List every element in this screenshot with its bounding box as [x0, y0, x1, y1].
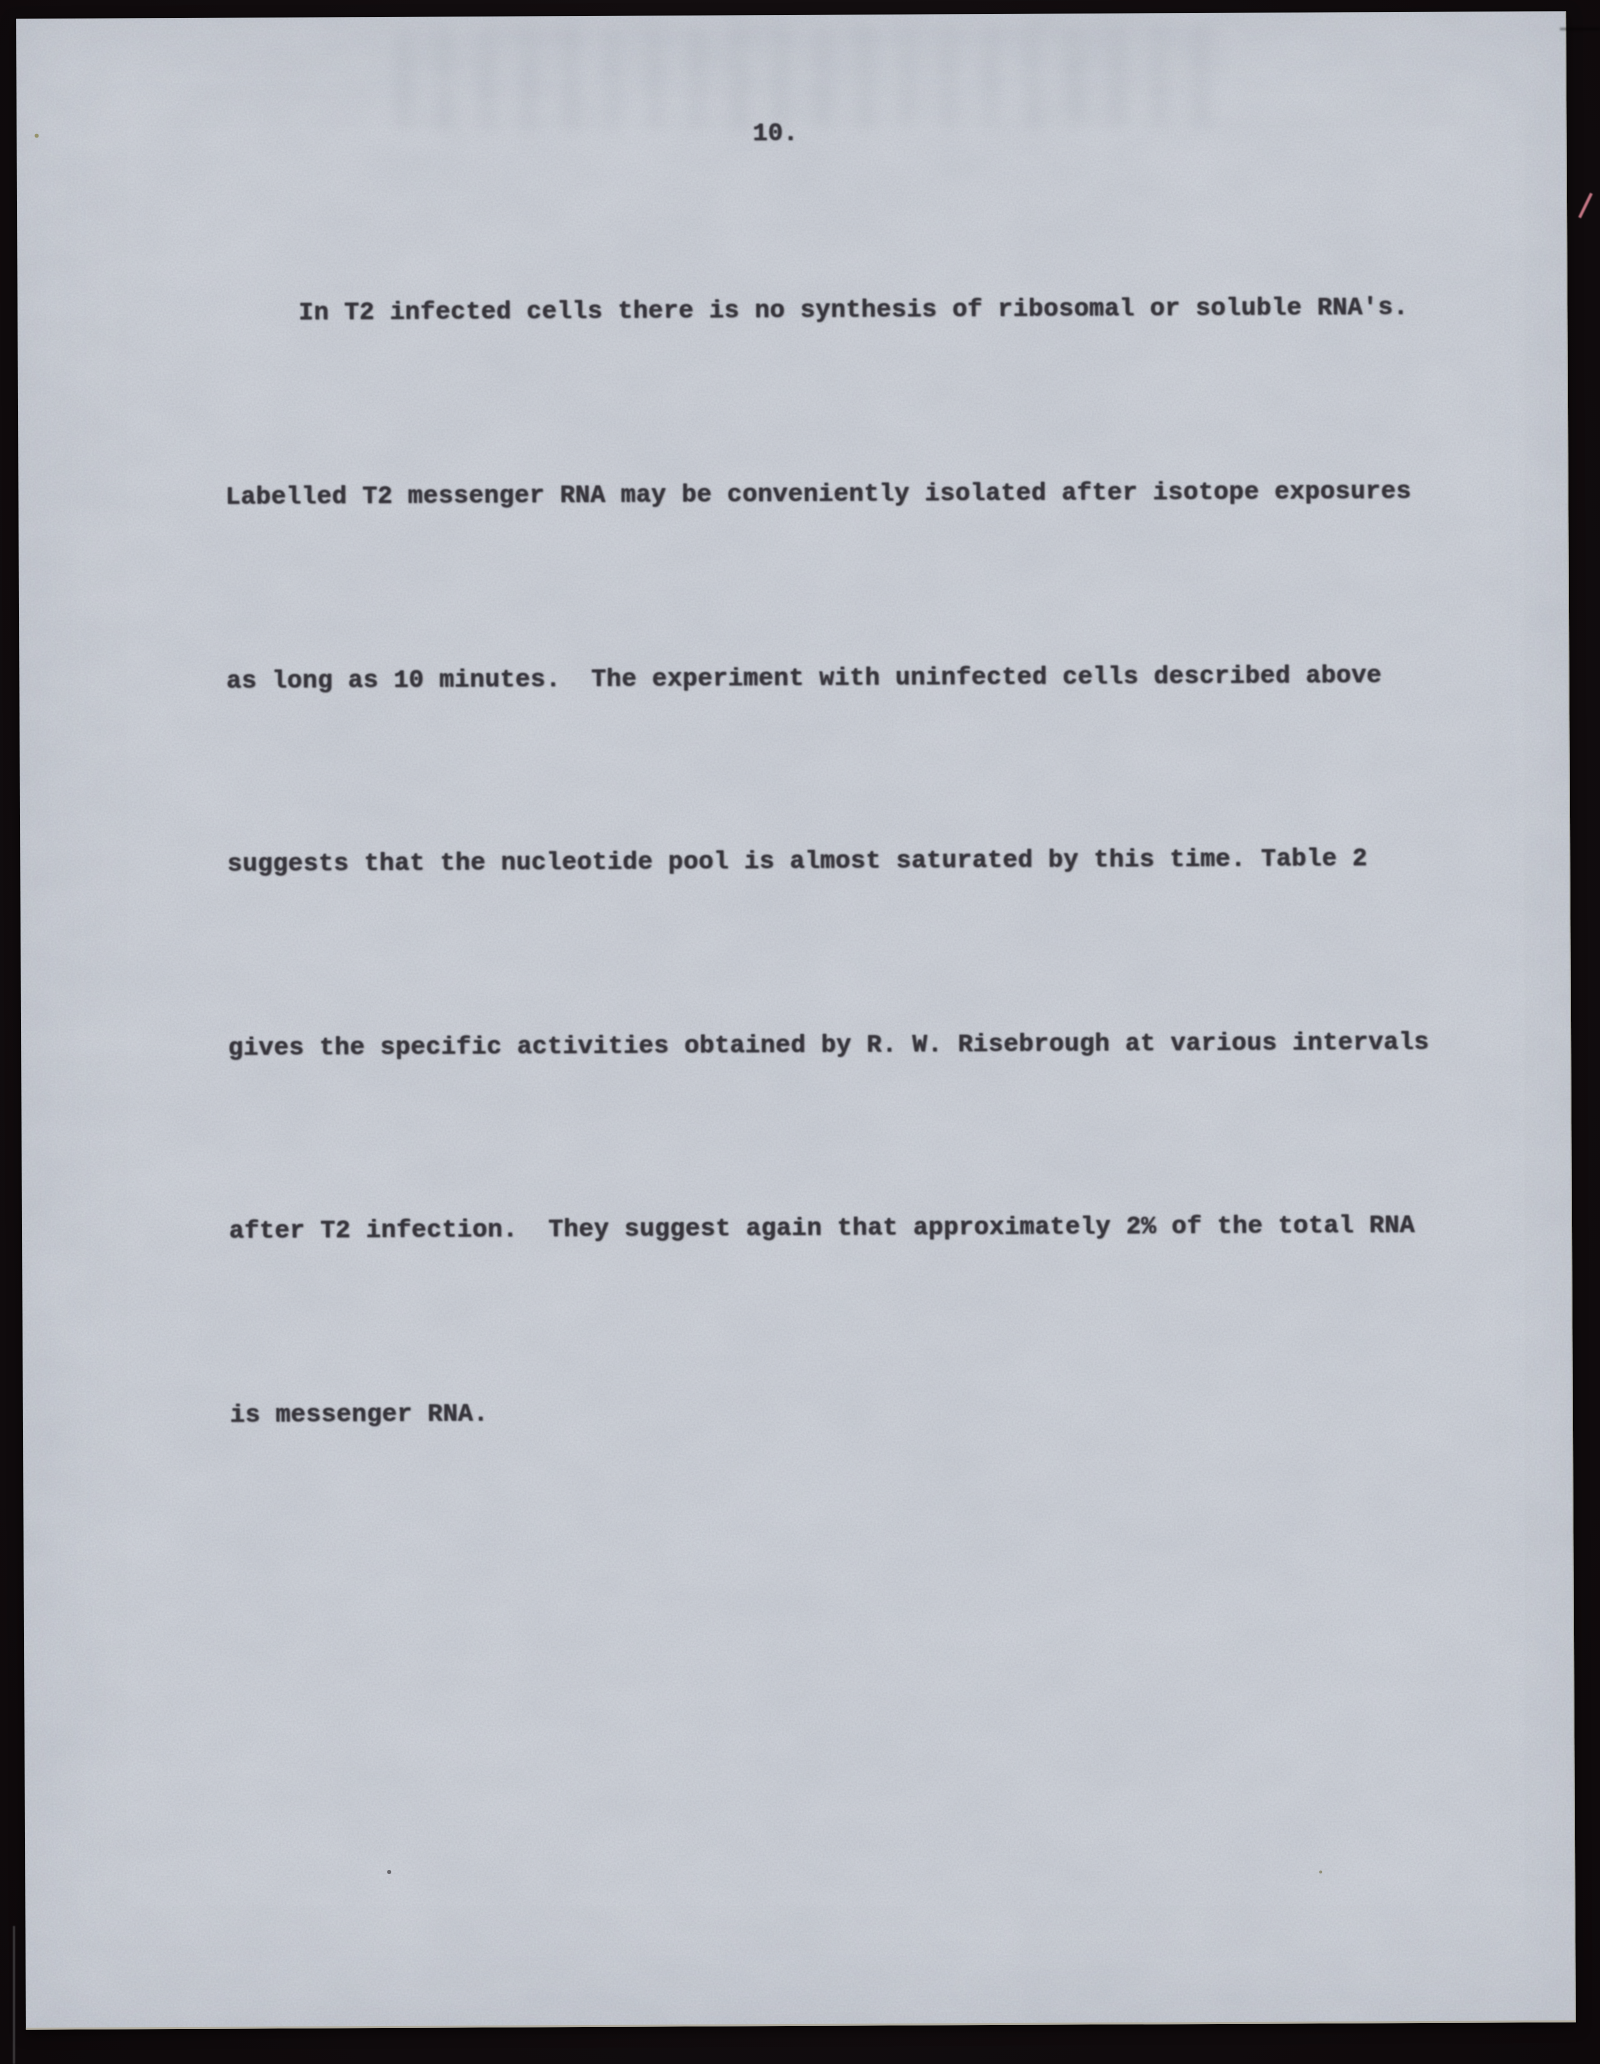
typed-line: Labelled T2 messenger RNA may be conveni… [225, 461, 1426, 528]
typed-line: as long as 10 minutes. The experiment wi… [226, 645, 1427, 712]
typed-line: suggests that the nucleotide pool is alm… [227, 828, 1428, 895]
paper-speck [387, 1870, 391, 1874]
page-number: 10. [753, 119, 799, 148]
bleedthrough-ghost [395, 25, 1225, 131]
document-page: 10. In T2 infected cells there is no syn… [16, 11, 1576, 2030]
body-text: In T2 infected cells there is no synthes… [224, 155, 1432, 1568]
pink-ink-mark [1578, 193, 1593, 219]
scanned-document: 10. In T2 infected cells there is no syn… [0, 0, 1600, 2064]
typed-line: after T2 infection. They suggest again t… [229, 1195, 1430, 1262]
paper-speck [1319, 1870, 1322, 1873]
scan-edge-highlight [13, 1926, 15, 2064]
typed-line: gives the specific activities obtained b… [228, 1012, 1429, 1079]
typed-line: In T2 infected cells there is no synthes… [224, 277, 1425, 344]
backing-crease [1560, 28, 1600, 30]
paper-speck [35, 134, 39, 138]
typed-line: is messenger RNA. [230, 1379, 1431, 1446]
